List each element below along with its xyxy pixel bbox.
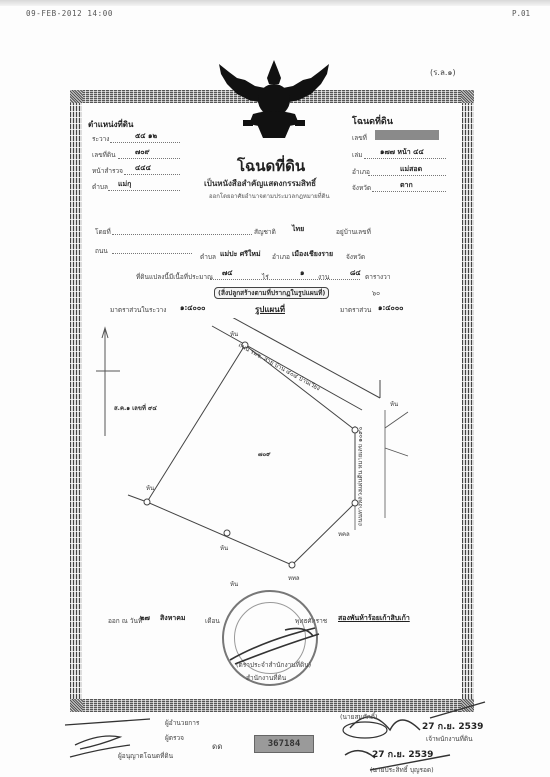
area-ngan-value: ๑ [300, 268, 304, 279]
border-left [70, 103, 82, 699]
svg-text:หทล: หทล [288, 575, 300, 582]
month-label: เดือน [205, 616, 220, 626]
signature-label: ผู้อำนวยการ [165, 718, 199, 728]
field-underline [124, 174, 180, 175]
signature-label: ผู้อนุญาตโฉนดที่ดิน [118, 751, 173, 761]
field-underline [108, 190, 180, 191]
scale-left-value: ๑:๔๐๐๐ [180, 303, 205, 314]
field-underline [368, 175, 446, 176]
field-underline [110, 142, 180, 143]
signature-over-seal [225, 620, 325, 670]
seal-label: สำนักงานที่ดิน [246, 673, 286, 683]
issue-day: ๒๗ [140, 613, 150, 624]
field-label: ระวาง [92, 134, 109, 144]
field-value: ตาก [400, 180, 413, 191]
road-label: ถนน [95, 246, 108, 256]
border-corner [461, 90, 474, 103]
area-rai-value: ๗๔ [222, 268, 233, 279]
owner-name-line [112, 234, 252, 235]
deed-block-heading: โฉนดที่ดิน [352, 114, 393, 128]
nationality-label: สัญชาติ [254, 227, 276, 237]
date-stamp-2: 27 ก.ย. 2539 [372, 747, 433, 761]
location-block-heading: ตำแหน่งที่ดิน [88, 118, 133, 131]
fax-page-number: P.01 [512, 9, 530, 18]
svg-text:ห้น: ห้น [146, 485, 154, 492]
road-line [112, 253, 192, 254]
date-stamp-1: 27 ก.ย. 2539 [422, 719, 483, 733]
right-signature-label: (นายสมศักดิ์) [340, 712, 378, 722]
field-value: แม่สอด [400, 164, 422, 175]
field-underline [372, 191, 446, 192]
area-rai-label: ไร่ [262, 272, 269, 282]
nationality-value: ไทย [292, 224, 304, 235]
map-section-label: รูปแผนที่ [255, 303, 285, 316]
signature-label: ผู้ตรวจ [165, 733, 184, 743]
parcel-map: ห้น ห้น หคล หทล ห้น ห้น ห้น ๗๐๙ ส.ค.๑ เล… [90, 318, 420, 588]
border-right [462, 103, 474, 699]
svg-text:๗๐๙: ๗๐๙ [258, 451, 271, 458]
area-note: (สิ่งปลูกสร้างตามที่ปรากฏในรูปแผนที่) [214, 287, 329, 299]
svg-text:ถนนทางหลวงแผ่นดิน หมายเลข ๑๐๙๐: ถนนทางหลวงแผ่นดิน หมายเลข ๑๐๙๐ [357, 426, 364, 526]
address-label: อยู่บ้านเลขที่ [336, 227, 371, 237]
province-label: จังหวัด [346, 252, 365, 262]
district-value: เมืองเชียงราย [292, 249, 333, 260]
document-authority-line: ออกโดยอาศัยอำนาจตามประมวลกฎหมายที่ดิน [209, 191, 330, 201]
area-wa-label: ตารางวา [365, 272, 391, 282]
form-code: (ร.ล.๑) [430, 66, 456, 79]
document-title: โฉนดที่ดิน [237, 154, 305, 178]
scale-right-value: ๑:๔๐๐๐ [378, 303, 403, 314]
deed-serial-number: 367184 [254, 735, 314, 753]
svg-text:ถนน รพช. สาย บ้าน ๔๐๔ บ้านเวีย: ถนน รพช. สาย บ้าน ๔๐๔ บ้านเวียง [237, 341, 322, 393]
parcel-boundary [147, 345, 355, 565]
field-underline [118, 158, 180, 159]
subdistrict-label: ตำบล [200, 252, 216, 262]
field-label: เล่ม [352, 150, 363, 160]
deed-number-redacted [375, 130, 439, 140]
north-arrow-icon [96, 328, 120, 436]
svg-text:ห้น: ห้น [220, 545, 228, 552]
svg-text:ส.ค.๑ เลขที่ ๙๔: ส.ค.๑ เลขที่ ๙๔ [114, 403, 157, 412]
area-ngan-label: งาน [318, 272, 329, 282]
issue-month: สิงหาคม [160, 613, 186, 624]
field-label: ตำบล [92, 182, 108, 192]
scale-left-label: มาตราส่วนในระวาง [110, 305, 166, 315]
area-underline [210, 279, 360, 280]
field-label: หน้าสำรวจ [92, 166, 123, 176]
field-value: แม่กุ [118, 179, 131, 190]
field-label: เลขที่ดิน [92, 150, 116, 160]
owner-prefix-label: โดยที่ [95, 227, 111, 237]
scan-top-edge [0, 0, 550, 6]
field-underline [364, 158, 446, 159]
field-value: ๕๔ ๑๒ [135, 131, 157, 142]
officer-label: เจ้าพนักงานที่ดิน [426, 734, 473, 744]
border-corner [70, 699, 83, 712]
svg-text:ห้น: ห้น [390, 401, 398, 408]
svg-text:ห้น: ห้น [230, 331, 238, 338]
document-subtitle: เป็นหนังสือสำคัญแสดงกรรมสิทธิ์ [204, 177, 316, 190]
year-text: สองพันห้าร้อยเก้าสิบเก้า [338, 613, 410, 624]
fax-timestamp: 09-FEB-2012 14:00 [26, 9, 113, 18]
officer-name: (นายประสิทธิ์ บุญรอด) [370, 765, 434, 775]
field-label: จังหวัด [352, 183, 371, 193]
area-wa-value: ๘๔ [350, 268, 361, 279]
field-label: เลขที่ [352, 133, 367, 143]
field-value: ๔๔๔ [135, 163, 151, 174]
scale-right-label: มาตราส่วน [340, 305, 371, 315]
garuda-emblem-icon [215, 58, 333, 142]
svg-text:หคล: หคล [338, 531, 350, 538]
issue-date-prefix: ออก ณ วันที่ [108, 616, 142, 626]
svg-text:ห้น: ห้น [230, 581, 238, 588]
district-label: อำเภอ [272, 252, 290, 262]
border-corner [70, 90, 83, 103]
area-label: ที่ดินแปลงนี้มีเนื้อที่ประมาณ [136, 272, 213, 282]
field-value: ๗๐๙ [135, 147, 150, 158]
deed-number-prefix: ดด [212, 740, 222, 753]
area-note-suffix: ๖๐ [372, 288, 380, 298]
field-value: ๑๗๗ หน้า ๔๔ [380, 147, 424, 158]
subdistrict-value: แม่ปะ ศรีใหม่ [220, 249, 261, 260]
